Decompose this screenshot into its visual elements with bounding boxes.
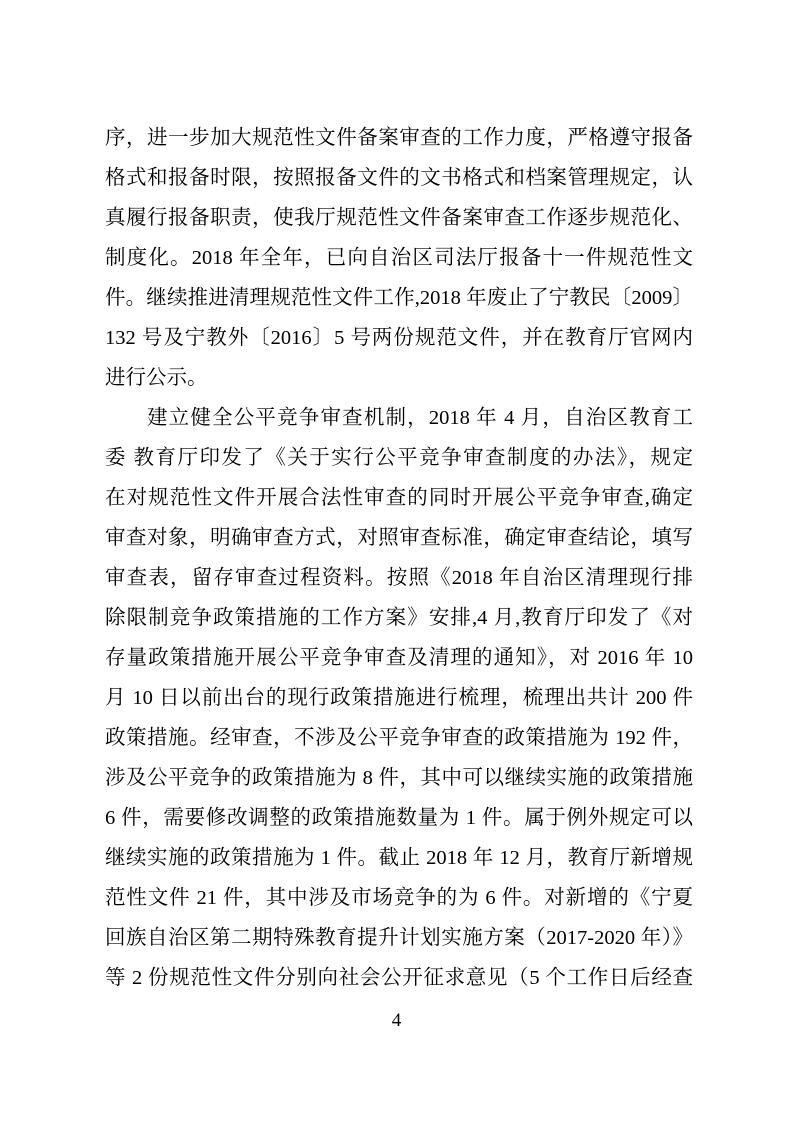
text-line: 政策措施。经审查，不涉及公平竞争审查的政策措施为 192 件， xyxy=(105,718,693,758)
text-line: 制度化。2018 年全年，已向自治区司法厅报备十一件规范性文 xyxy=(105,238,693,278)
text-line: 范性文件 21 件，其中涉及市场竞争的为 6 件。对新增的《宁夏 xyxy=(105,878,693,918)
text-line: 存量政策措施开展公平竞争审查及清理的通知》，对 2016 年 10 xyxy=(105,638,693,678)
text-line: 等 2 份规范性文件分别向社会公开征求意见（5 个工作日后经查 xyxy=(105,958,693,998)
text-line: 132 号及宁教外〔2016〕5 号两份规范文件，并在教育厅官网内 xyxy=(105,318,693,358)
text-line: 继续实施的政策措施为 1 件。截止 2018 年 12 月，教育厅新增规 xyxy=(105,838,693,878)
text-line: 序，进一步加大规范性文件备案审查的工作力度，严格遵守报备 xyxy=(105,118,693,158)
text-line: 格式和报备时限，按照报备文件的文书格式和档案管理规定，认 xyxy=(105,158,693,198)
text-line: 审查表，留存审查过程资料。按照《2018 年自治区清理现行排 xyxy=(105,558,693,598)
text-line: 6 件，需要修改调整的政策措施数量为 1 件。属于例外规定可以 xyxy=(105,798,693,838)
document-page: 序，进一步加大规范性文件备案审查的工作力度，严格遵守报备格式和报备时限，按照报备… xyxy=(0,0,793,1122)
text-line: 涉及公平竞争的政策措施为 8 件，其中可以继续实施的政策措施 xyxy=(105,758,693,798)
text-line: 委 教育厅印发了《关于实行公平竞争审查制度的办法》，规定 xyxy=(105,438,693,478)
text-line: 回族自治区第二期特殊教育提升计划实施方案（2017-2020 年）》 xyxy=(105,918,693,958)
text-line: 在对规范性文件开展合法性审查的同时开展公平竞争审查,确定 xyxy=(105,478,693,518)
text-line: 进行公示。 xyxy=(105,358,693,398)
document-body: 序，进一步加大规范性文件备案审查的工作力度，严格遵守报备格式和报备时限，按照报备… xyxy=(105,118,693,998)
text-line: 月 10 日以前出台的现行政策措施进行梳理，梳理出共计 200 件 xyxy=(105,678,693,718)
page-number: 4 xyxy=(0,1008,793,1034)
text-line: 真履行报备职责，使我厅规范性文件备案审查工作逐步规范化、 xyxy=(105,198,693,238)
text-line: 除限制竞争政策措施的工作方案》安排,4 月,教育厅印发了《对 xyxy=(105,598,693,638)
text-line: 审查对象，明确审查方式，对照审查标准，确定审查结论，填写 xyxy=(105,518,693,558)
text-line: 件。继续推进清理规范性文件工作,2018 年废止了宁教民〔2009〕 xyxy=(105,278,693,318)
text-line: 建立健全公平竞争审查机制，2018 年 4 月，自治区教育工 xyxy=(105,398,693,438)
